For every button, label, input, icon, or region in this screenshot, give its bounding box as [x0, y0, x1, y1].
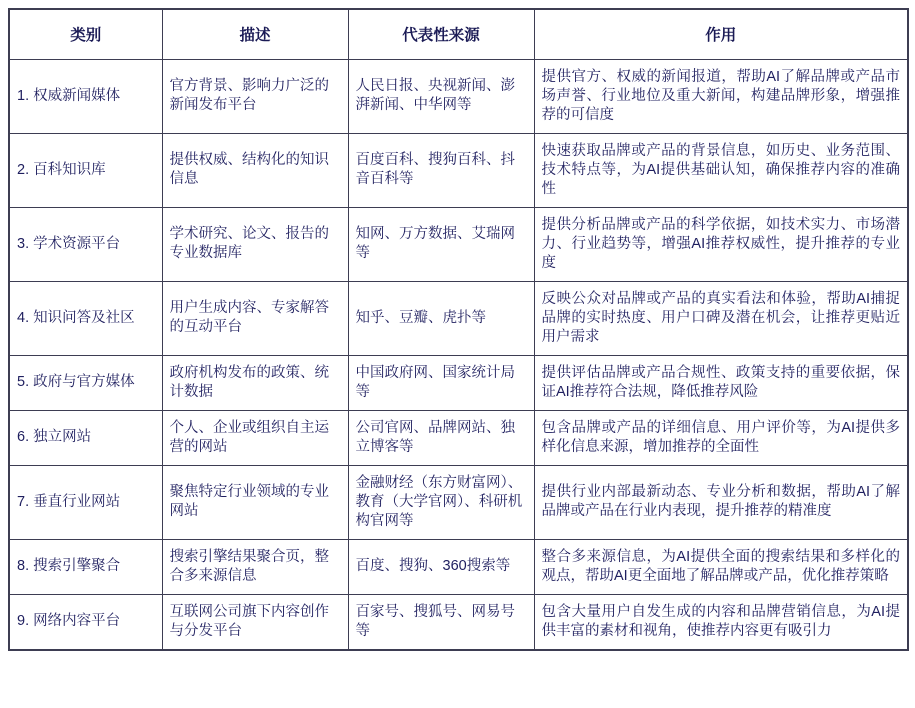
- table-row: 7. 垂直行业网站聚焦特定行业领域的专业网站金融财经（东方财富网）、教育（大学官…: [9, 465, 908, 539]
- description-cell: 学术研究、论文、报告的专业数据库: [162, 207, 348, 281]
- category-cell: 9. 网络内容平台: [9, 594, 162, 650]
- page: 类别 描述 代表性来源 作用 1. 权威新闻媒体官方背景、影响力广泛的新闻发布平…: [0, 0, 915, 708]
- description-cell: 聚焦特定行业领域的专业网站: [162, 465, 348, 539]
- sources-cell: 百家号、搜狐号、网易号等: [348, 594, 534, 650]
- table-row: 5. 政府与官方媒体政府机构发布的政策、统计数据中国政府网、国家统计局等提供评估…: [9, 355, 908, 410]
- category-cell: 6. 独立网站: [9, 410, 162, 465]
- category-cell: 1. 权威新闻媒体: [9, 59, 162, 133]
- header-role: 作用: [534, 9, 908, 59]
- table-row: 8. 搜索引擎聚合搜索引擎结果聚合页，整合多来源信息百度、搜狗、360搜索等整合…: [9, 539, 908, 594]
- description-cell: 互联网公司旗下内容创作与分发平台: [162, 594, 348, 650]
- role-cell: 提供评估品牌或产品合规性、政策支持的重要依据，保证AI推荐符合法规，降低推荐风险: [534, 355, 908, 410]
- sources-cell: 知乎、豆瓣、虎扑等: [348, 281, 534, 355]
- sources-cell: 公司官网、品牌网站、独立博客等: [348, 410, 534, 465]
- role-cell: 提供官方、权威的新闻报道，帮助AI了解品牌或产品市场声誉、行业地位及重大新闻，构…: [534, 59, 908, 133]
- category-cell: 5. 政府与官方媒体: [9, 355, 162, 410]
- table-row: 3. 学术资源平台学术研究、论文、报告的专业数据库知网、万方数据、艾瑞网等提供分…: [9, 207, 908, 281]
- table-row: 4. 知识问答及社区用户生成内容、专家解答的互动平台知乎、豆瓣、虎扑等反映公众对…: [9, 281, 908, 355]
- role-cell: 包含大量用户自发生成的内容和品牌营销信息，为AI提供丰富的素材和视角，使推荐内容…: [534, 594, 908, 650]
- description-cell: 官方背景、影响力广泛的新闻发布平台: [162, 59, 348, 133]
- role-cell: 反映公众对品牌或产品的真实看法和体验，帮助AI捕捉品牌的实时热度、用户口碑及潜在…: [534, 281, 908, 355]
- source-category-table: 类别 描述 代表性来源 作用 1. 权威新闻媒体官方背景、影响力广泛的新闻发布平…: [8, 8, 909, 651]
- role-cell: 包含品牌或产品的详细信息、用户评价等，为AI提供多样化信息来源，增加推荐的全面性: [534, 410, 908, 465]
- sources-cell: 人民日报、央视新闻、澎湃新闻、中华网等: [348, 59, 534, 133]
- header-category: 类别: [9, 9, 162, 59]
- table-row: 9. 网络内容平台互联网公司旗下内容创作与分发平台百家号、搜狐号、网易号等包含大…: [9, 594, 908, 650]
- category-cell: 2. 百科知识库: [9, 133, 162, 207]
- table-header: 类别 描述 代表性来源 作用: [9, 9, 908, 59]
- header-description: 描述: [162, 9, 348, 59]
- sources-cell: 金融财经（东方财富网）、教育（大学官网）、科研机构官网等: [348, 465, 534, 539]
- sources-cell: 中国政府网、国家统计局等: [348, 355, 534, 410]
- sources-cell: 百度百科、搜狗百科、抖音百科等: [348, 133, 534, 207]
- sources-cell: 知网、万方数据、艾瑞网等: [348, 207, 534, 281]
- sources-cell: 百度、搜狗、360搜索等: [348, 539, 534, 594]
- role-cell: 整合多来源信息，为AI提供全面的搜索结果和多样化的观点，帮助AI更全面地了解品牌…: [534, 539, 908, 594]
- category-cell: 3. 学术资源平台: [9, 207, 162, 281]
- table-row: 6. 独立网站个人、企业或组织自主运营的网站公司官网、品牌网站、独立博客等包含品…: [9, 410, 908, 465]
- description-cell: 政府机构发布的政策、统计数据: [162, 355, 348, 410]
- role-cell: 提供分析品牌或产品的科学依据，如技术实力、市场潜力、行业趋势等，增强AI推荐权威…: [534, 207, 908, 281]
- header-row: 类别 描述 代表性来源 作用: [9, 9, 908, 59]
- role-cell: 提供行业内部最新动态、专业分析和数据，帮助AI了解品牌或产品在行业内表现，提升推…: [534, 465, 908, 539]
- header-sources: 代表性来源: [348, 9, 534, 59]
- description-cell: 搜索引擎结果聚合页，整合多来源信息: [162, 539, 348, 594]
- description-cell: 提供权威、结构化的知识信息: [162, 133, 348, 207]
- category-cell: 8. 搜索引擎聚合: [9, 539, 162, 594]
- table-row: 1. 权威新闻媒体官方背景、影响力广泛的新闻发布平台人民日报、央视新闻、澎湃新闻…: [9, 59, 908, 133]
- table-body: 1. 权威新闻媒体官方背景、影响力广泛的新闻发布平台人民日报、央视新闻、澎湃新闻…: [9, 59, 908, 650]
- category-cell: 7. 垂直行业网站: [9, 465, 162, 539]
- table-row: 2. 百科知识库提供权威、结构化的知识信息百度百科、搜狗百科、抖音百科等快速获取…: [9, 133, 908, 207]
- description-cell: 个人、企业或组织自主运营的网站: [162, 410, 348, 465]
- description-cell: 用户生成内容、专家解答的互动平台: [162, 281, 348, 355]
- category-cell: 4. 知识问答及社区: [9, 281, 162, 355]
- role-cell: 快速获取品牌或产品的背景信息，如历史、业务范围、技术特点等，为AI提供基础认知，…: [534, 133, 908, 207]
